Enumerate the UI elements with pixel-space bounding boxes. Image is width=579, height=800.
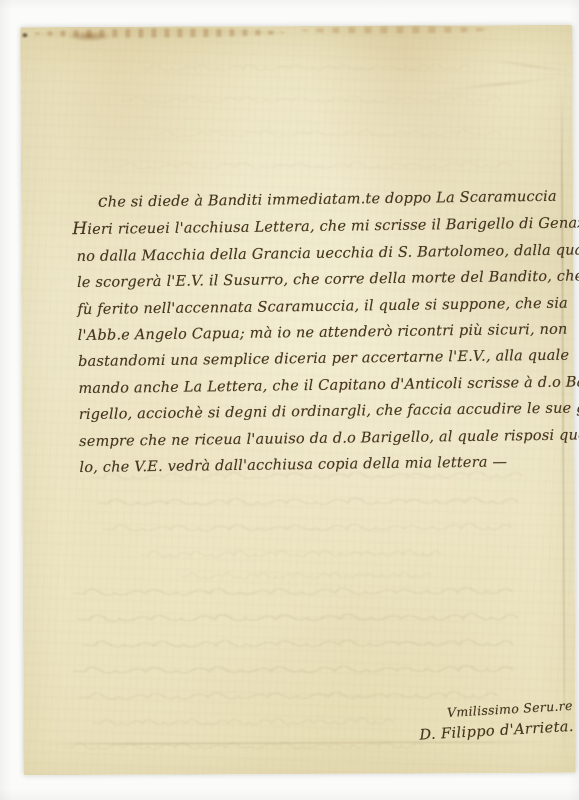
bleedthrough-line [78,611,518,625]
bleedthrough-line [111,159,511,173]
ink-spot-left-edge [21,32,28,38]
stain-top-edge [34,28,284,38]
bleedthrough-line [73,585,513,599]
wrinkle-top-right [441,77,561,92]
bleedthrough-line [97,495,517,509]
bleedthrough-line [73,663,513,677]
bleedthrough-line [181,569,431,582]
stain-top-edge [300,26,490,34]
wrinkle-top-right [491,60,571,73]
scan-background: { "scan": { "background_color": "#fbfbf9… [0,0,579,800]
bleedthrough-line [151,127,501,141]
bleedthrough-line [63,739,423,753]
bleedthrough-line [121,93,501,107]
bleedthrough-line [141,61,471,74]
manuscript-paper: che si diede à Banditi immediatam.te dop… [20,25,575,775]
letter-line: lo, che V.E. vedrà dall'acchiusa copia d… [79,449,557,482]
bleedthrough-line [93,716,393,729]
crease-bottom-fold [31,741,561,745]
letter-body: che si diede à Banditi immediatam.te dop… [76,183,558,482]
bleedthrough-line [78,689,498,703]
signature-name: D. Filippo d'Arrieta. [384,719,575,746]
bleedthrough-line [83,637,513,651]
stain-top-left-corner [66,31,112,42]
signature-block: Vmilissimo Seru.re D. Filippo d'Arrieta. [383,698,575,746]
bleedthrough-line [141,547,441,560]
bleedthrough-line [103,521,513,535]
